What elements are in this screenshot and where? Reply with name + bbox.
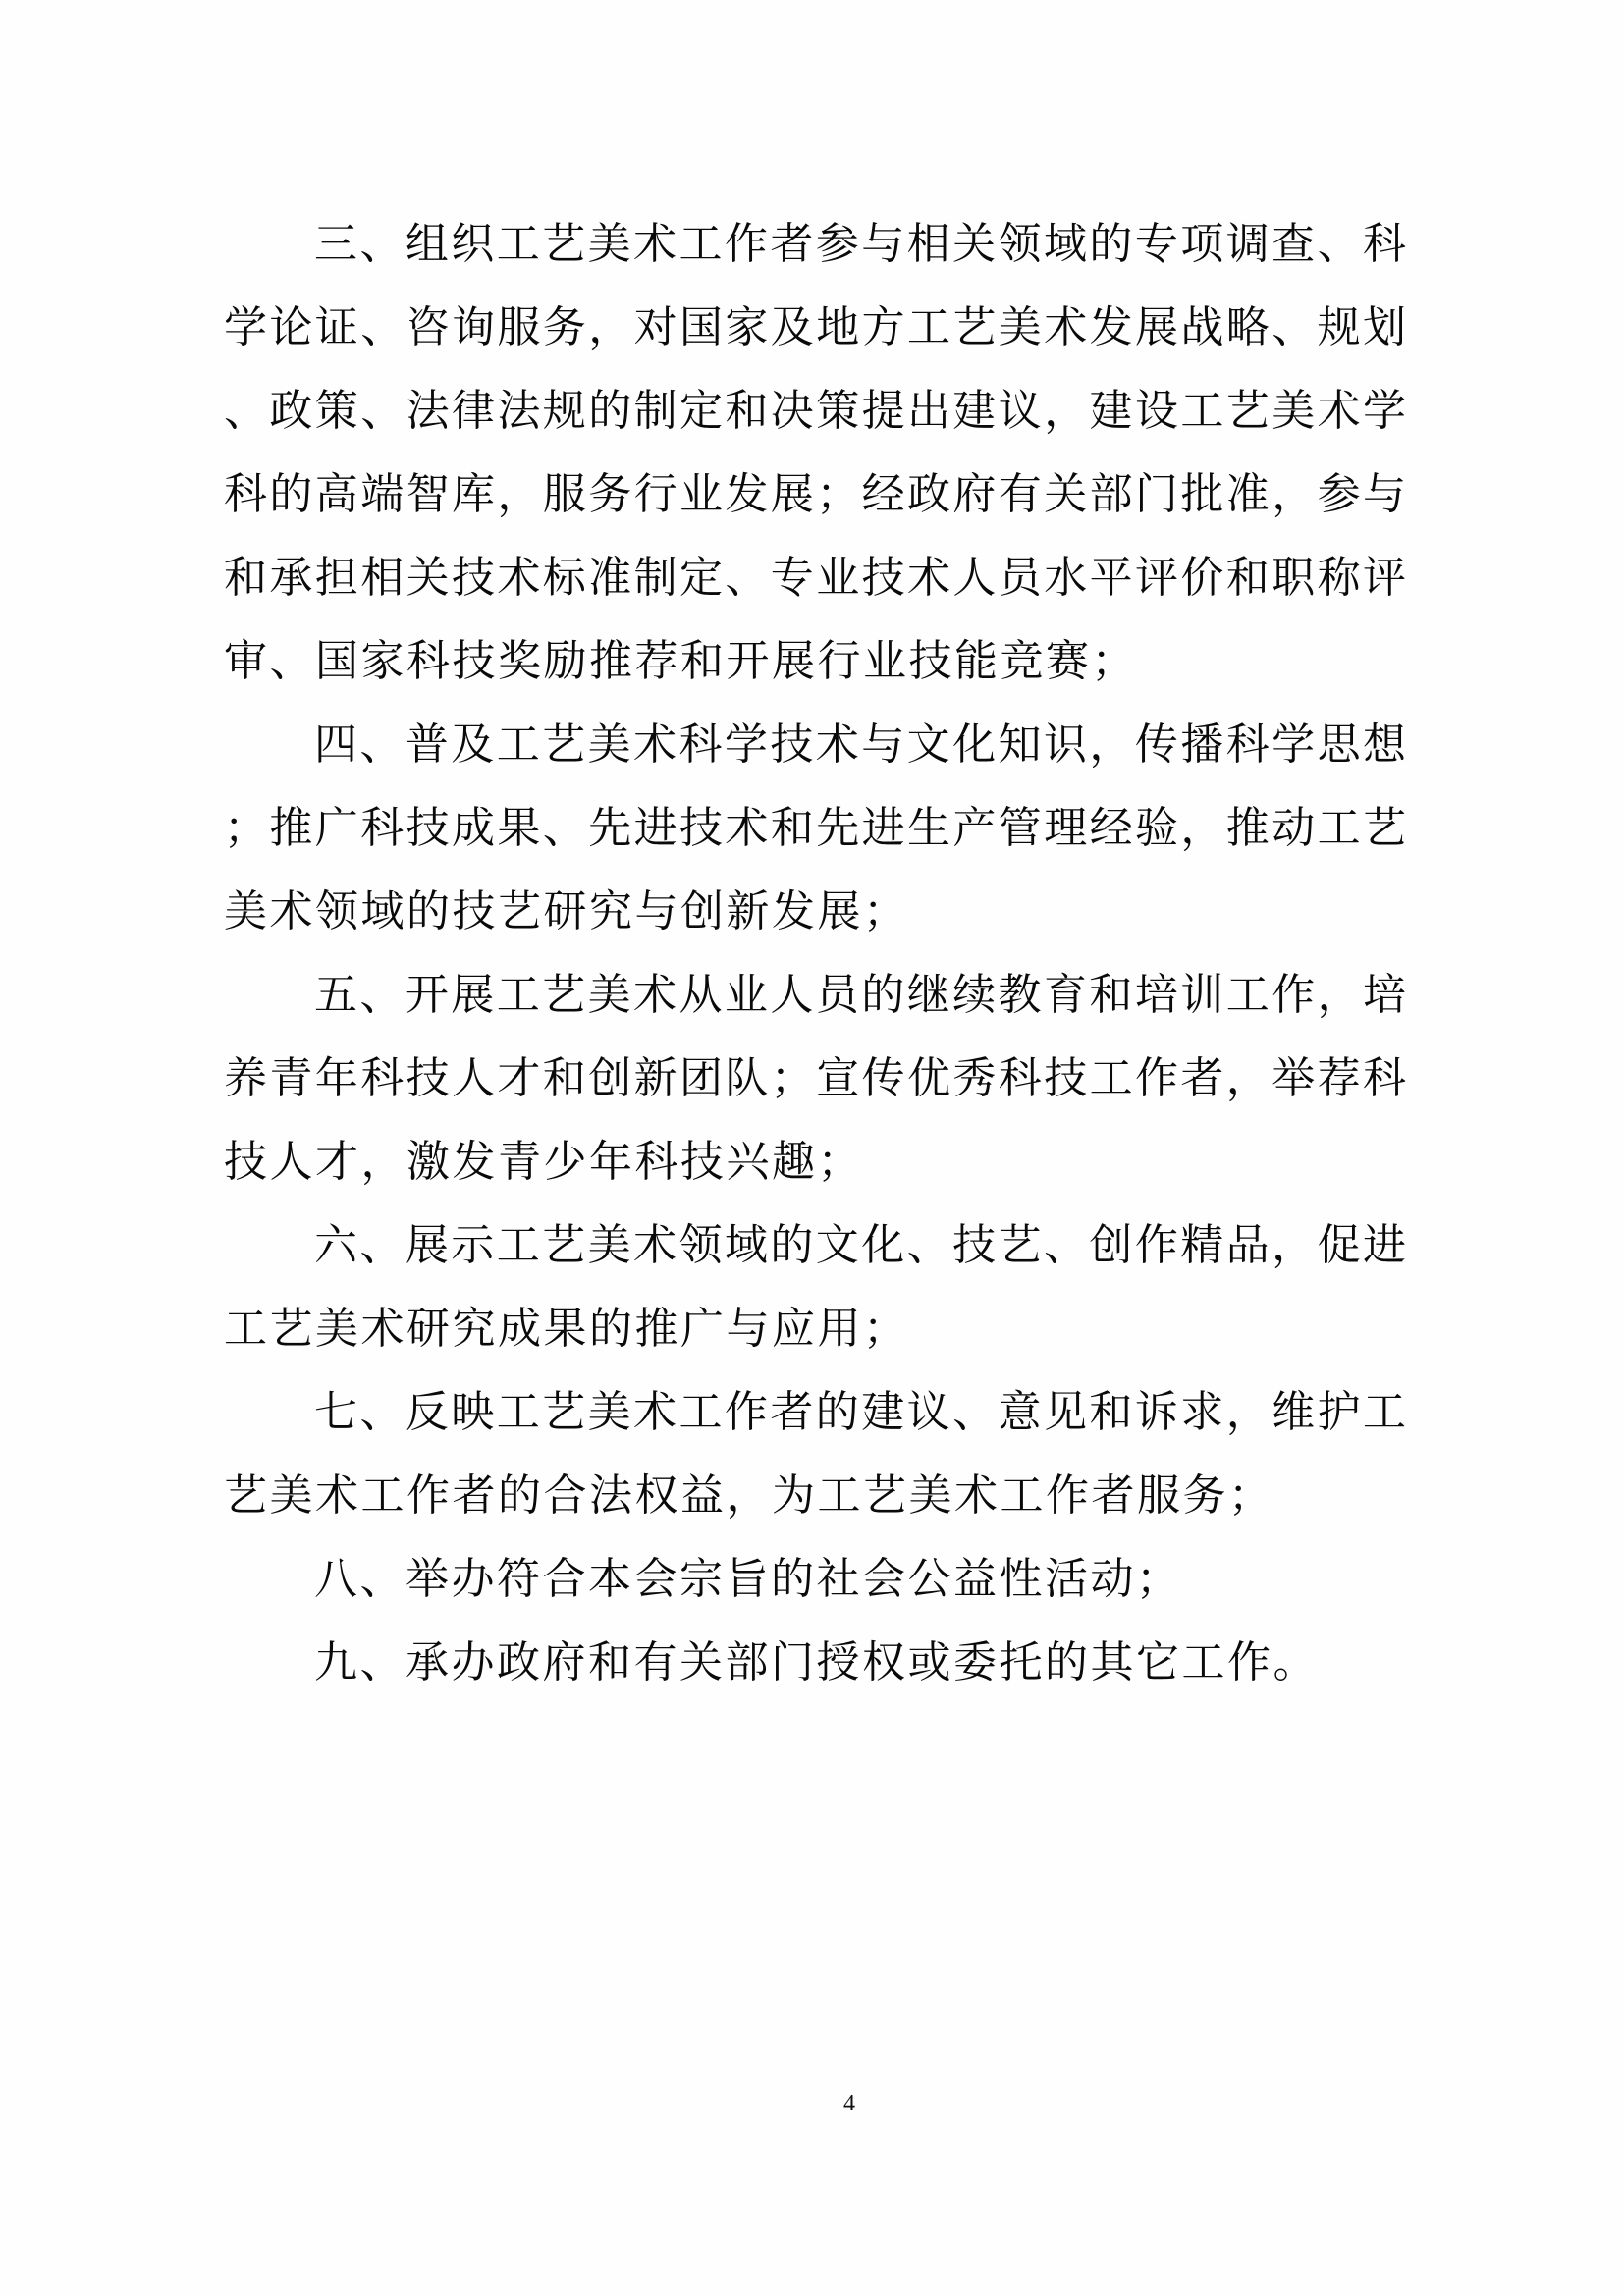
text-line: 审、国家科技奖励推荐和开展行业技能竞赛； [224,619,1406,703]
text-line: 八、举办符合本会宗旨的社会公益性活动； [224,1537,1406,1621]
page-number: 4 [805,2091,893,2117]
text-line: 七、反映工艺美术工作者的建议、意见和诉求，维护工 [224,1370,1406,1454]
text-line: 五、开展工艺美术从业人员的继续教育和培训工作，培 [224,953,1406,1037]
text-line: ；推广科技成果、先进技术和先进生产管理经验，推动工艺 [224,786,1406,870]
text-line: 科的高端智库，服务行业发展；经政府有关部门批准，参与 [224,453,1406,536]
text-line: 四、普及工艺美术科学技术与文化知识，传播科学思想 [224,703,1406,786]
text-line: 学论证、咨询服务，对国家及地方工艺美术发展战略、规划 [224,286,1406,369]
text-line: 六、展示工艺美术领域的文化、技艺、创作精品，促进 [224,1203,1406,1287]
text-line: 艺美术工作者的合法权益，为工艺美术工作者服务； [224,1454,1406,1537]
text-line: 技人才，激发青少年科技兴趣； [224,1120,1406,1203]
text-line: 三、组织工艺美术工作者参与相关领域的专项调查、科 [224,202,1406,286]
text-line: 美术领域的技艺研究与创新发展； [224,870,1406,953]
text-line: 工艺美术研究成果的推广与应用； [224,1287,1406,1370]
text-line: 、政策、法律法规的制定和决策提出建议，建设工艺美术学 [224,369,1406,453]
text-line: 和承担相关技术标准制定、专业技术人员水平评价和职称评 [224,536,1406,619]
text-line: 九、承办政府和有关部门授权或委托的其它工作。 [224,1621,1406,1704]
document-page: 三、组织工艺美术工作者参与相关领域的专项调查、科 学论证、咨询服务，对国家及地方… [0,0,1624,2296]
document-body: 三、组织工艺美术工作者参与相关领域的专项调查、科 学论证、咨询服务，对国家及地方… [224,202,1406,1704]
text-line: 养青年科技人才和创新团队；宣传优秀科技工作者，举荐科 [224,1037,1406,1120]
